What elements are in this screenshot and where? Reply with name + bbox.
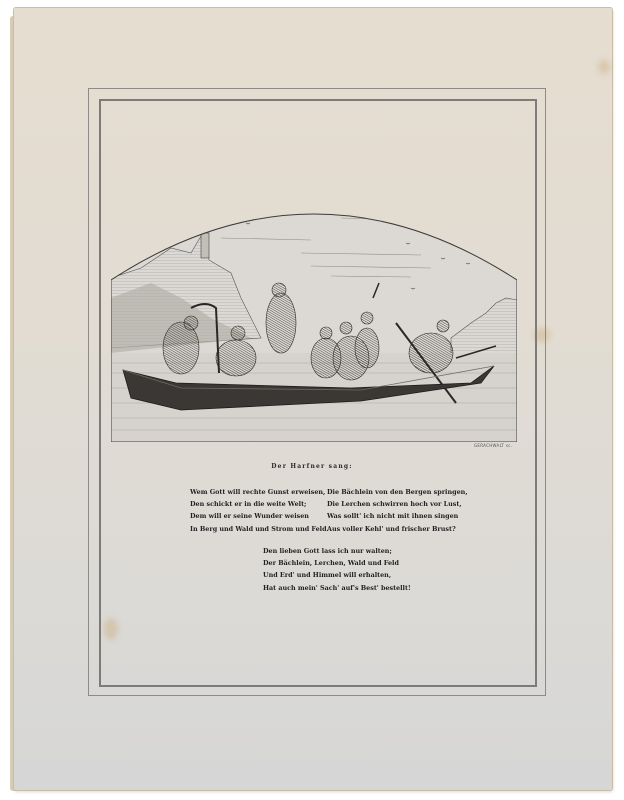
boat-scene-image [111,188,517,442]
stanza-1: Wem Gott will rechte Gunst erweisen, Den… [190,486,329,535]
verse-line: Aus voller Kehl' und frischer Brust? [327,523,468,535]
verse-line: Die Bächlein von den Bergen springen, [327,486,468,498]
verse-line: Hat auch mein' Sach' auf's Best' bestell… [263,582,411,594]
engraving-illustration [111,188,517,442]
verse-line: Den lieben Gott lass ich nur walten; [263,545,411,557]
verse-line: Dem will er seine Wunder weisen [190,510,329,522]
poem-title: Der Harfner sang: [0,463,624,470]
verse-line: Die Lerchen schwirren hoch vor Lust, [327,498,468,510]
foxing-stain [598,60,610,74]
verse-line: Was sollt' ich nicht mit ihnen singen [327,510,468,522]
engraver-signature: GERACHWALT sc. [474,443,512,448]
verse-line: Und Erd' und Himmel will erhalten, [263,569,411,581]
stanza-2: Die Bächlein von den Bergen springen, Di… [327,486,468,535]
verse-line: Den schickt er in die weite Welt; [190,498,329,510]
verse-line: Wem Gott will rechte Gunst erweisen, [190,486,329,498]
stanza-3: Den lieben Gott lass ich nur walten; Der… [263,545,411,594]
verse-line: In Berg und Wald und Strom und Feld. [190,523,329,535]
verse-line: Der Bächlein, Lerchen, Wald und Feld [263,557,411,569]
